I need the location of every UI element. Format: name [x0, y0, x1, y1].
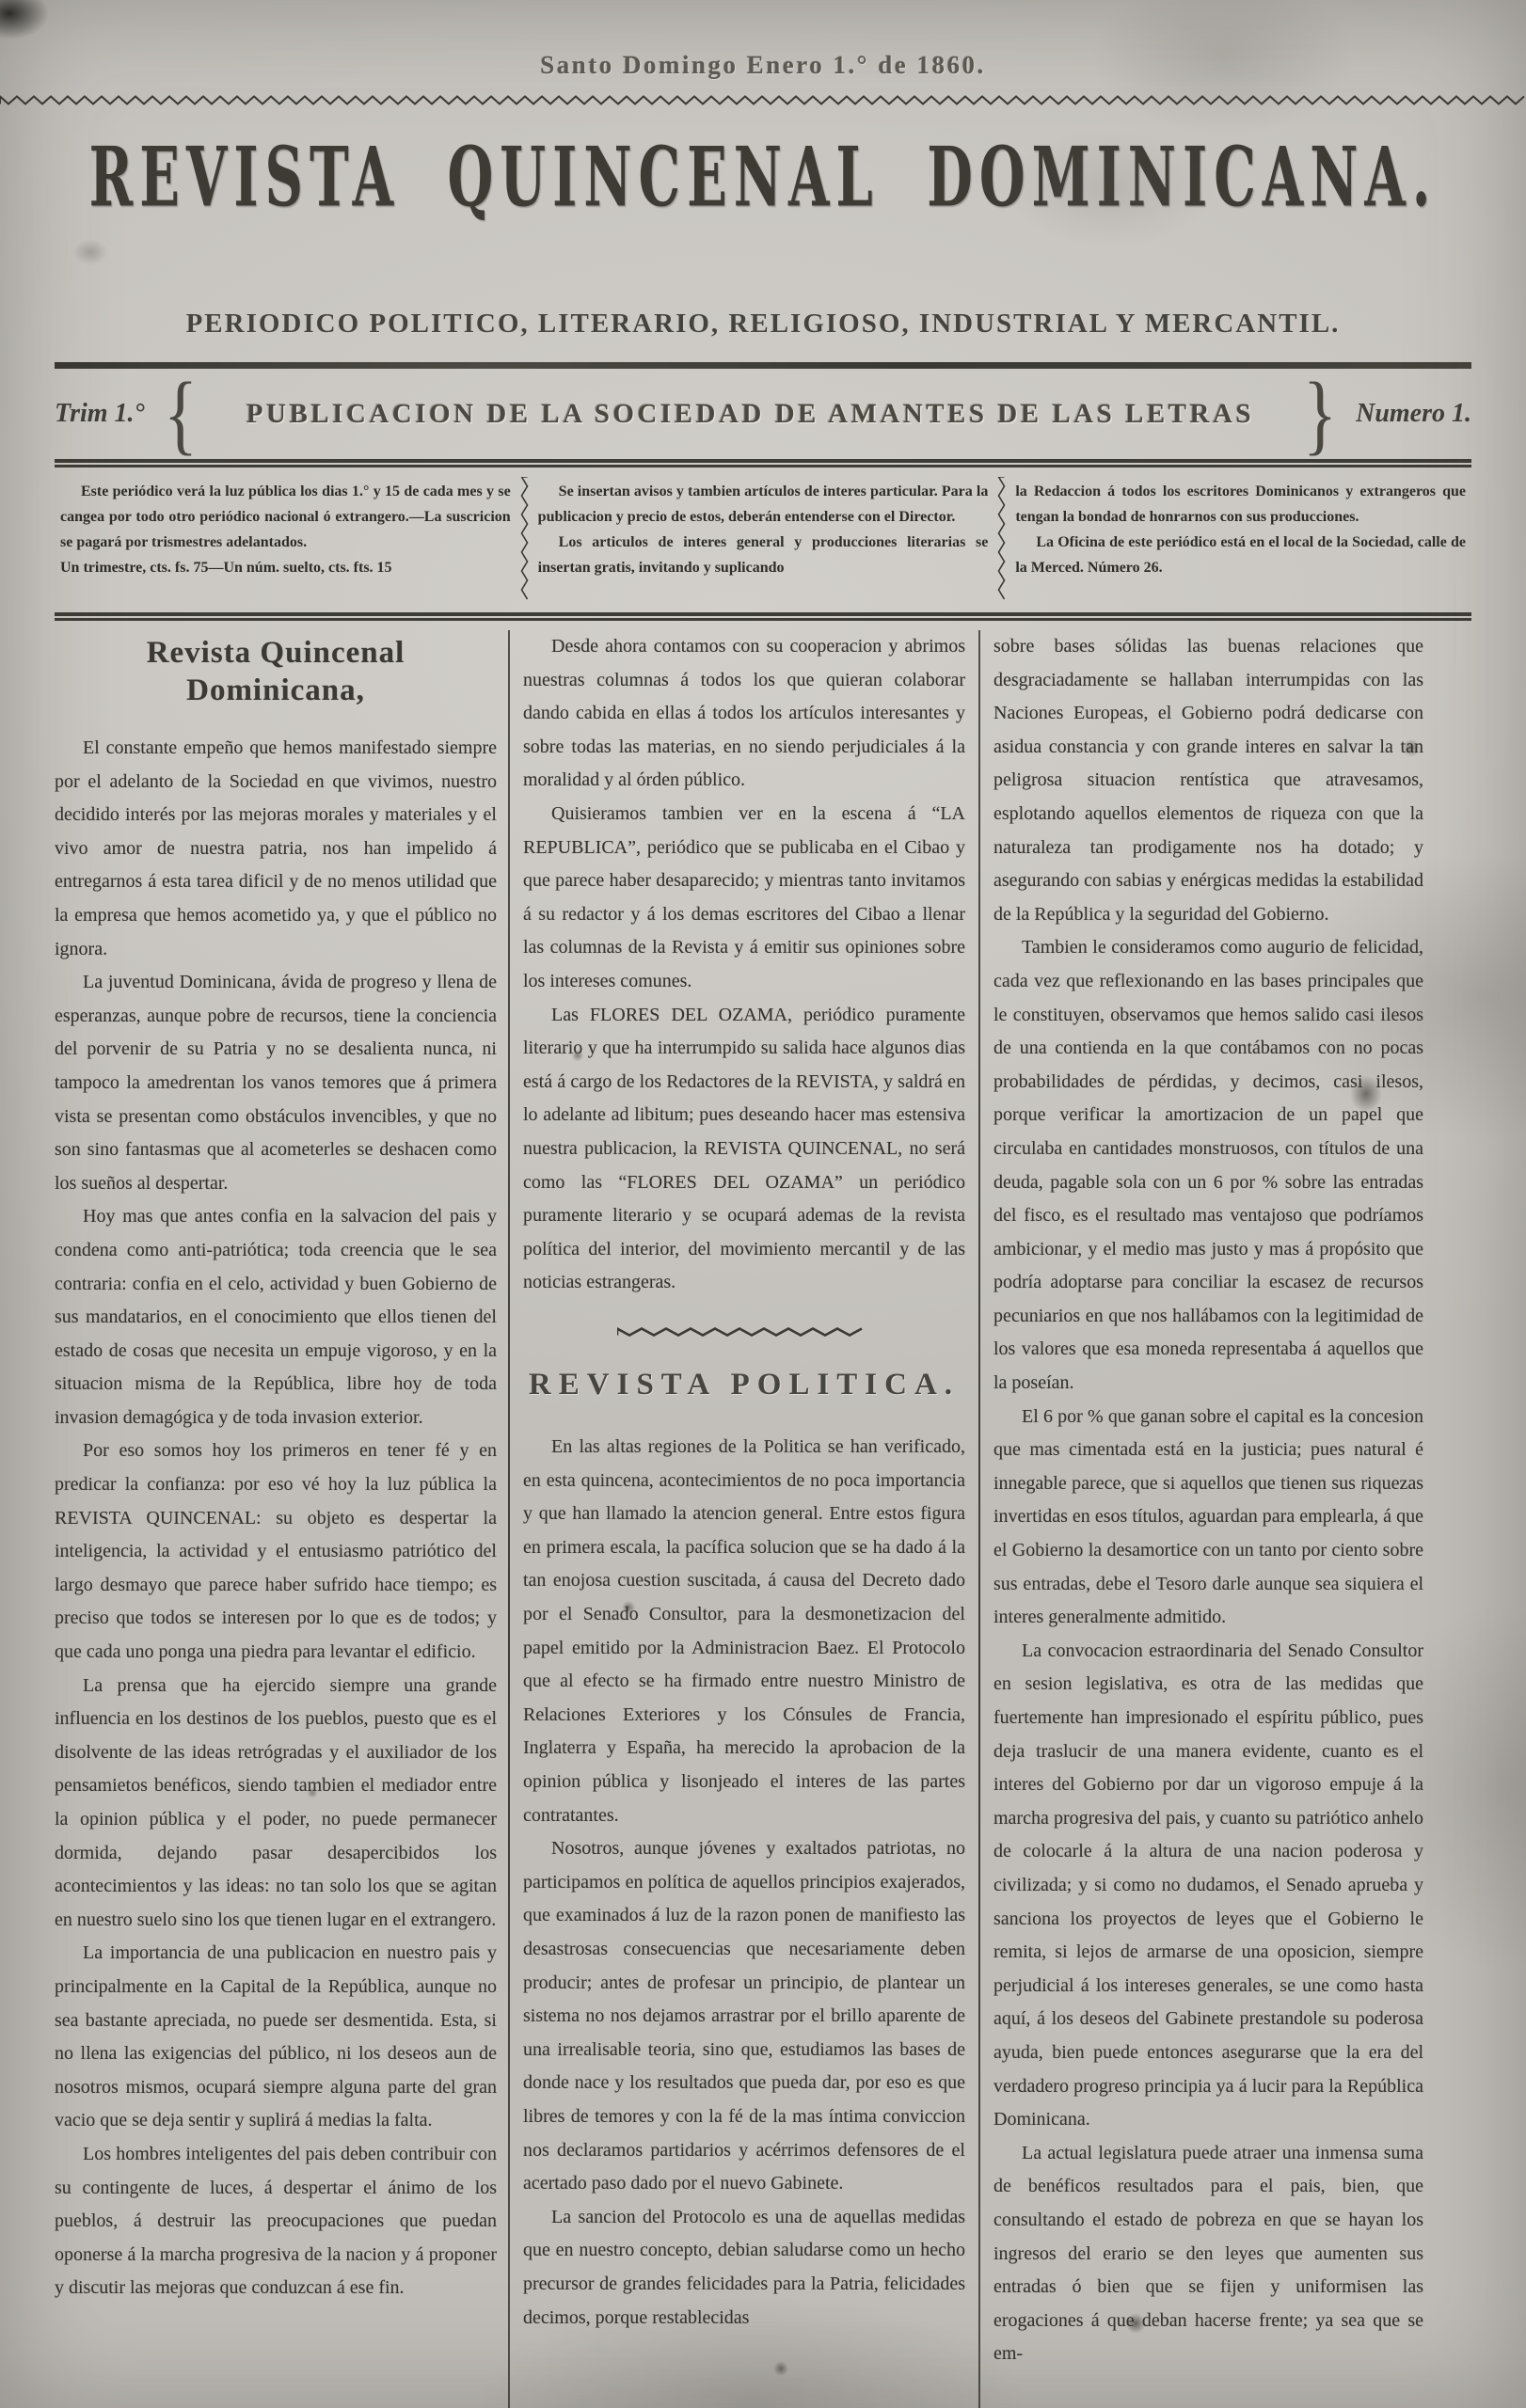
article-text: En las altas regiones de la Politica se …	[523, 1431, 965, 2335]
notice-column-3: la Redaccion á todos los escritores Domi…	[1009, 477, 1471, 601]
horizontal-rule	[55, 612, 1471, 621]
paragraph: Quisieramos tambien ver en la escena á “…	[523, 798, 965, 999]
paragraph: El 6 por % que ganan sobre el capital es…	[993, 1401, 1423, 1635]
paragraph: Este periódico verá la luz pública los d…	[60, 479, 511, 555]
society-banner-text: PUBLICACION DE LA SOCIEDAD DE AMANTES DE…	[203, 399, 1297, 430]
paragraph: la Redaccion á todos los escritores Domi…	[1015, 479, 1466, 530]
trimester-label: Trim 1.°	[55, 399, 145, 429]
paragraph: Las FLORES DEL OZAMA, periódico purament…	[523, 999, 965, 1300]
issue-banner: Trim 1.° { PUBLICACION DE LA SOCIEDAD DE…	[55, 369, 1471, 459]
section-heading: REVISTA POLITICA.	[523, 1369, 965, 1402]
paragraph: La sancion del Protocolo es una de aquel…	[523, 2201, 965, 2335]
paragraph: Hoy mas que antes confia en la salvacion…	[55, 1200, 497, 1434]
paragraph: Los hombres inteligentes del pais deben …	[55, 2138, 497, 2305]
subtitle: PERIODICO POLITICO, LITERARIO, RELIGIOSO…	[55, 309, 1471, 340]
newspaper-page: Santo Domingo Enero 1.° de 1860. REVISTA…	[0, 0, 1526, 2408]
zigzag-rule	[0, 95, 1526, 105]
prospectus-notice: Este periódico verá la luz pública los d…	[55, 467, 1471, 612]
column-rule	[508, 630, 510, 2408]
paragraph: El constante empeño que hemos manifestad…	[55, 732, 497, 966]
notice-column-1: Este periódico verá la luz pública los d…	[55, 477, 517, 601]
masthead-block: REVISTA QUINCENAL DOMINICANA.	[55, 130, 1471, 288]
masthead-title: REVISTA QUINCENAL DOMINICANA.	[89, 130, 1438, 226]
column-rule	[978, 630, 980, 2408]
section-divider	[523, 1315, 965, 1349]
wavy-column-separator	[520, 477, 529, 601]
wavy-column-separator	[997, 477, 1006, 601]
paragraph: La importancia de una publicacion en nue…	[55, 1937, 497, 2138]
page-body: Revista Quincenal Dominicana, El constan…	[55, 630, 1471, 2408]
article-text: sobre bases sólidas las buenas relacione…	[993, 630, 1423, 2371]
paragraph: En las altas regiones de la Politica se …	[523, 1431, 965, 1832]
body-column-2: Desde ahora contamos con su cooperacion …	[523, 630, 965, 2408]
paragraph: Nosotros, aunque jóvenes y exaltados pat…	[523, 1832, 965, 2201]
paragraph: La juventud Dominicana, ávida de progres…	[55, 966, 497, 1200]
paragraph: Los articulos de interes general y produ…	[538, 530, 989, 580]
paragraph: Un trimestre, cts. fs. 75—Un núm. suelto…	[60, 555, 511, 580]
body-column-3: sobre bases sólidas las buenas relacione…	[993, 630, 1423, 2408]
paragraph: Tambien le consideramos como augurio de …	[993, 931, 1423, 1400]
notice-column-2: Se insertan avisos y tambien artículos d…	[533, 477, 994, 601]
issue-number-label: Numero 1.	[1356, 399, 1471, 429]
paragraph: Por eso somos hoy los primeros en tener …	[55, 1434, 497, 1669]
squiggle-divider	[617, 1327, 871, 1337]
paragraph: Desde ahora contamos con su cooperacion …	[523, 630, 965, 798]
article-text: El constante empeño que hemos manifestad…	[55, 732, 497, 2305]
paragraph: sobre bases sólidas las buenas relacione…	[993, 630, 1423, 931]
article-heading: Revista Quincenal Dominicana,	[55, 634, 497, 709]
paragraph: La convocacion estraordinaria del Senado…	[993, 1635, 1423, 2137]
horizontal-rule	[55, 362, 1471, 369]
article-text: Desde ahora contamos con su cooperacion …	[523, 630, 965, 1300]
paragraph: La prensa que ha ejercido siempre una gr…	[55, 1670, 497, 1938]
paragraph: Se insertan avisos y tambien artículos d…	[538, 479, 989, 530]
body-column-1: Revista Quincenal Dominicana, El constan…	[55, 630, 497, 2408]
horizontal-rule	[55, 459, 1471, 467]
paragraph: La actual legislatura puede atraer una i…	[993, 2137, 1423, 2371]
paragraph: La Oficina de este periódico está en el …	[1015, 530, 1466, 580]
dateline: Santo Domingo Enero 1.° de 1860.	[55, 51, 1471, 80]
